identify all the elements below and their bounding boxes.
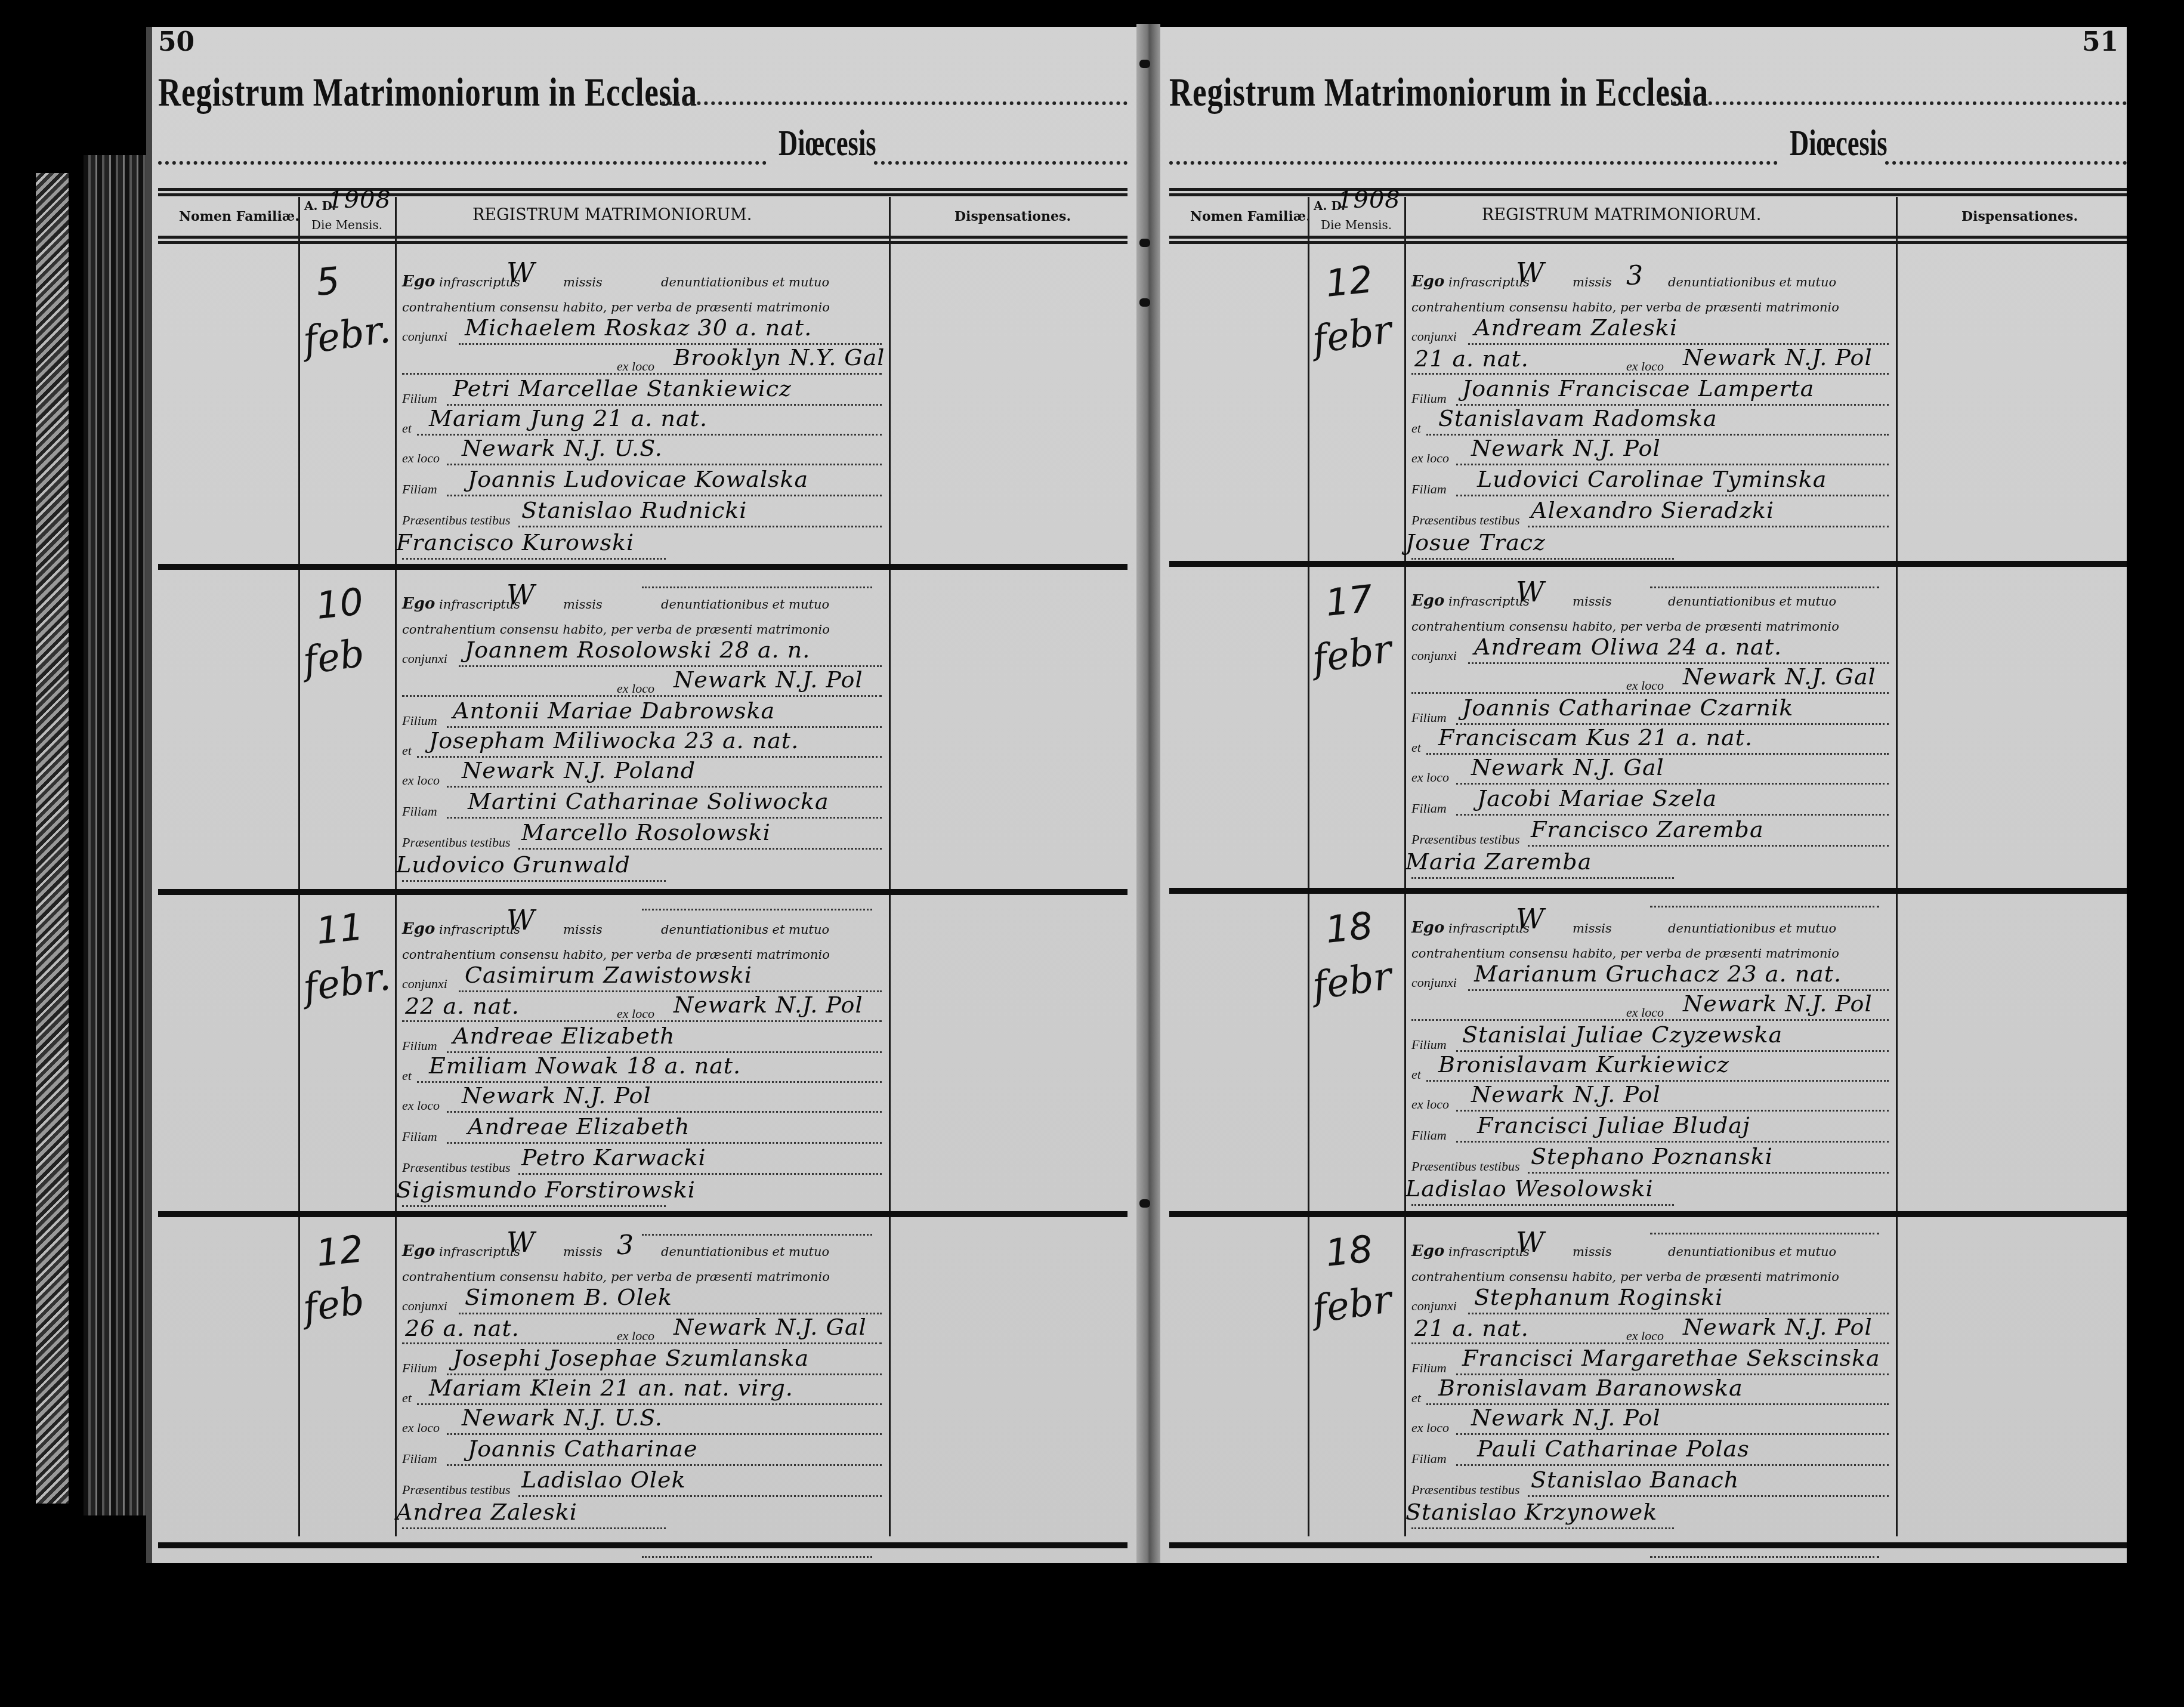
groom-age: 21 a. nat.	[1414, 345, 1529, 372]
priest-initial: W	[506, 257, 535, 289]
label-filium: Filium	[402, 1038, 437, 1054]
col-registrum: REGISTRUM MATRIMONIORUM.	[1482, 206, 1761, 224]
witness-2: Ludovico Grunwald	[396, 851, 631, 878]
stitch-mark	[1139, 298, 1150, 307]
entry-day: 12	[1323, 257, 1374, 305]
bride-name: Emiliam Nowak 18 a. nat.	[429, 1052, 741, 1079]
label-praesentibus-testibus: Præsentibus testibus	[402, 1160, 511, 1175]
form-line2: contrahentium consensu habito, per verba…	[1411, 300, 1839, 314]
form-line2: contrahentium consensu habito, per verba…	[1411, 619, 1839, 634]
groom-parents: Petri Marcellae Stankiewicz	[453, 375, 792, 402]
line-rule	[518, 1495, 882, 1497]
groom-name: Joannem Rosolowski 28 a. n.	[465, 637, 810, 663]
line-rule	[402, 880, 666, 882]
entry-month: feb	[300, 631, 367, 684]
year-handwritten: 1908	[328, 186, 391, 214]
label-et: et	[402, 1390, 412, 1406]
form-denuntiationibus: denuntiationibus et mutuo	[1668, 1245, 1836, 1259]
witness-2: Ladislao Wesolowski	[1405, 1175, 1654, 1202]
diocese-blank	[1885, 161, 2127, 165]
witness-2: Francisco Kurowski	[396, 529, 634, 555]
line-rule	[402, 558, 666, 560]
col-die-mensis: Die Mensis.	[311, 218, 382, 232]
groom-origin: Newark N.J. Pol	[1683, 344, 1873, 371]
label-filiam: Filiam	[1411, 481, 1447, 497]
bride-parents: Jacobi Mariae Szela	[1477, 785, 1717, 811]
groom-parents: Antonii Mariae Dabrowska	[453, 697, 775, 724]
bride-origin: Newark N.J. Pol	[462, 1082, 651, 1109]
witness-2: Andrea Zaleski	[396, 1499, 577, 1525]
label-conjunxi: conjunxi	[1411, 975, 1457, 990]
row-separator	[158, 889, 1127, 895]
groom-parents: Francisci Margarethae Sekscinska	[1462, 1345, 1880, 1371]
label-filium: Filium	[1411, 710, 1447, 726]
form-missis: missis	[1573, 921, 1612, 936]
line-rule	[1456, 783, 1889, 785]
signature-rule	[1650, 1556, 1879, 1558]
witness-1: Stephano Poznanski	[1531, 1143, 1773, 1169]
stitch-mark	[1139, 60, 1150, 68]
entry-month: feb	[300, 1279, 367, 1331]
header-rule	[158, 236, 1127, 244]
label-filium: Filium	[1411, 1037, 1447, 1052]
form-missis: missis	[1573, 1245, 1612, 1259]
bride-name: Mariam Klein 21 an. nat. virg.	[429, 1375, 793, 1401]
bride-name: Bronislavam Kurkiewicz	[1438, 1051, 1729, 1078]
label-et: et	[402, 421, 412, 436]
diocese-blank	[1169, 161, 1778, 165]
label-ex-loco: ex loco	[402, 773, 440, 788]
bride-parents: Joannis Ludovicae Kowalska	[468, 466, 808, 492]
form-ego: Ego	[402, 920, 435, 938]
label-filiam: Filiam	[402, 804, 437, 819]
register-title: Registrum Matrimoniorum in Ecclesia	[158, 69, 697, 116]
register-title: Registrum Matrimoniorum in Ecclesia	[1169, 69, 1709, 116]
label-ex-loco: ex loco	[1411, 1420, 1449, 1436]
groom-name: Simonem B. Olek	[465, 1284, 672, 1310]
groom-age: 21 a. nat.	[1414, 1315, 1529, 1341]
form-missis: missis	[563, 597, 603, 612]
line-rule	[402, 1205, 666, 1207]
label-filiam: Filiam	[1411, 1128, 1447, 1143]
groom-origin: Newark N.J. Pol	[1683, 1314, 1873, 1340]
line-rule	[447, 495, 882, 496]
label-et: et	[1411, 1390, 1421, 1406]
line-rule	[1411, 1204, 1674, 1206]
bride-name: Mariam Jung 21 a. nat.	[429, 405, 708, 431]
witness-1: Petro Karwacki	[521, 1144, 706, 1171]
header-rule	[1169, 188, 2127, 196]
bride-parents: Francisci Juliae Bludaj	[1477, 1112, 1750, 1138]
witness-1: Francisco Zaremba	[1531, 816, 1764, 842]
column-divider	[1896, 197, 1898, 1536]
col-registrum: REGISTRUM MATRIMONIORUM.	[472, 206, 752, 224]
form-line2: contrahentium consensu habito, per verba…	[402, 622, 830, 637]
priest-initial: W	[1516, 257, 1544, 289]
banns-count: 3	[617, 1230, 634, 1261]
line-rule	[518, 1173, 882, 1175]
line-rule	[1456, 495, 1889, 496]
bride-name: Josepham Miliwocka 23 a. nat.	[429, 727, 799, 754]
label-et: et	[402, 743, 412, 758]
groom-origin: Newark N.J. Pol	[1683, 990, 1873, 1017]
signature-rule	[642, 909, 872, 910]
label-ex-loco: ex loco	[617, 1328, 654, 1344]
column-divider	[1308, 197, 1309, 1536]
label-et: et	[402, 1068, 412, 1084]
label-ex-loco: ex loco	[617, 359, 654, 374]
form-line2: contrahentium consensu habito, per verba…	[402, 947, 830, 962]
col-dispensationes: Dispensationes.	[1961, 209, 2078, 224]
entry-day: 11	[314, 905, 365, 953]
label-ex-loco: ex loco	[1626, 678, 1664, 693]
label-praesentibus-testibus: Præsentibus testibus	[1411, 1159, 1520, 1174]
line-rule	[1528, 845, 1889, 847]
groom-origin: Newark N.J. Gal	[1683, 663, 1876, 690]
line-rule	[447, 1142, 882, 1144]
label-conjunxi: conjunxi	[402, 976, 447, 992]
label-ex-loco: ex loco	[1411, 1097, 1449, 1112]
label-filium: Filium	[402, 713, 437, 729]
bride-parents: Andreae Elizabeth	[468, 1113, 690, 1140]
signature-rule	[1650, 1233, 1879, 1234]
bride-origin: Newark N.J. Pol	[1471, 1405, 1661, 1431]
row-separator	[158, 564, 1127, 570]
form-missis: missis	[563, 275, 603, 289]
witness-2: Stanislao Krzynowek	[1405, 1499, 1657, 1525]
bride-name: Stanislavam Radomska	[1438, 405, 1717, 431]
groom-name: Andream Oliwa 24 a. nat.	[1474, 634, 1782, 660]
bride-origin: Newark N.J. U.S.	[462, 435, 663, 461]
column-divider	[298, 197, 300, 1536]
form-denuntiationibus: denuntiationibus et mutuo	[1668, 921, 1836, 936]
entry-day: 18	[1323, 903, 1374, 952]
label-et: et	[1411, 1067, 1421, 1082]
groom-origin: Newark N.J. Pol	[674, 666, 863, 693]
label-filiam: Filiam	[402, 481, 437, 497]
priest-initial: W	[1516, 576, 1544, 608]
line-rule	[1456, 1433, 1889, 1435]
bride-name: Franciscam Kus 21 a. nat.	[1438, 724, 1753, 751]
label-conjunxi: conjunxi	[402, 329, 447, 344]
label-filium: Filium	[1411, 391, 1447, 406]
bride-origin: Newark N.J. Gal	[1471, 754, 1664, 780]
page-edges	[84, 155, 149, 1515]
form-missis: missis	[563, 1245, 603, 1259]
bride-origin: Newark N.J. U.S.	[462, 1405, 663, 1431]
priest-initial: W	[1516, 903, 1544, 935]
row-separator	[1169, 1542, 2127, 1548]
groom-parents: Joannis Franciscae Lamperta	[1462, 375, 1814, 402]
page-number: 50	[158, 27, 194, 57]
form-denuntiationibus: denuntiationibus et mutuo	[1668, 594, 1836, 609]
form-denuntiationibus: denuntiationibus et mutuo	[661, 922, 829, 937]
label-praesentibus-testibus: Præsentibus testibus	[1411, 513, 1520, 528]
form-missis: missis	[1573, 275, 1612, 289]
form-denuntiationibus: denuntiationibus et mutuo	[661, 275, 829, 289]
form-line2: contrahentium consensu habito, per verba…	[402, 300, 830, 314]
bride-parents: Joannis Catharinae	[468, 1436, 698, 1462]
entry-day: 12	[314, 1227, 365, 1275]
label-ex-loco: ex loco	[402, 1098, 440, 1113]
form-ego: Ego	[402, 273, 435, 291]
label-praesentibus-testibus: Præsentibus testibus	[1411, 1482, 1520, 1498]
parish-blank	[647, 101, 1127, 105]
groom-name: Michaelem Roskaz 30 a. nat.	[465, 314, 812, 341]
label-filium: Filium	[402, 391, 437, 406]
label-ex-loco: ex loco	[402, 1420, 440, 1436]
label-conjunxi: conjunxi	[402, 651, 447, 666]
line-rule	[1411, 558, 1674, 560]
line-rule	[1456, 1464, 1889, 1466]
label-ex-loco: ex loco	[617, 1006, 654, 1021]
label-filiam: Filiam	[402, 1451, 437, 1467]
label-praesentibus-testibus: Præsentibus testibus	[402, 835, 511, 850]
groom-origin: Newark N.J. Pol	[674, 992, 863, 1018]
form-line2: contrahentium consensu habito, per verba…	[402, 1270, 830, 1284]
col-nomen-familiae: Nomen Familiæ.	[179, 209, 299, 224]
year-handwritten: 1908	[1337, 186, 1401, 214]
col-dispensationes: Dispensationes.	[954, 209, 1071, 224]
row-separator	[1169, 888, 2127, 894]
form-ego: Ego	[1411, 919, 1444, 937]
label-filiam: Filiam	[1411, 1451, 1447, 1467]
stitch-mark	[1139, 239, 1150, 247]
groom-parents: Andreae Elizabeth	[453, 1023, 675, 1049]
col-nomen-familiae: Nomen Familiæ.	[1190, 209, 1311, 224]
groom-name: Andream Zaleski	[1474, 314, 1678, 341]
priest-initial: W	[506, 904, 535, 936]
diocese-label: Diœcesis	[779, 122, 876, 165]
form-line2: contrahentium consensu habito, per verba…	[1411, 946, 1839, 961]
line-rule	[1528, 1495, 1889, 1497]
bride-name: Bronislavam Baranowska	[1438, 1375, 1743, 1401]
form-ego: Ego	[1411, 592, 1444, 610]
parish-blank	[1658, 101, 2127, 105]
label-filiam: Filiam	[402, 1129, 437, 1144]
diocese-blank	[874, 161, 1127, 165]
form-missis: missis	[1573, 594, 1612, 609]
groom-age: 22 a. nat.	[405, 993, 520, 1019]
form-ego: Ego	[1411, 1242, 1444, 1260]
entry-day: 5	[314, 258, 342, 304]
line-rule	[447, 1111, 882, 1113]
diocese-blank	[158, 161, 767, 165]
label-et: et	[1411, 421, 1421, 436]
stitch-mark	[1139, 1199, 1150, 1208]
witness-2: Josue Tracz	[1405, 529, 1546, 555]
label-praesentibus-testibus: Præsentibus testibus	[402, 513, 511, 528]
row-separator	[1169, 1211, 2127, 1217]
page-number: 51	[2082, 27, 2118, 57]
label-et: et	[1411, 740, 1421, 755]
witness-1: Ladislao Olek	[521, 1467, 685, 1493]
label-ex-loco: ex loco	[617, 681, 654, 696]
form-denuntiationibus: denuntiationibus et mutuo	[661, 597, 829, 612]
label-praesentibus-testibus: Præsentibus testibus	[402, 1482, 511, 1498]
bride-origin: Newark N.J. Pol	[1471, 435, 1661, 461]
header-rule	[158, 188, 1127, 196]
entry-day: 17	[1323, 576, 1374, 625]
groom-origin: Newark N.J. Gal	[674, 1314, 867, 1340]
label-filium: Filium	[1411, 1360, 1447, 1376]
label-conjunxi: conjunxi	[1411, 1298, 1457, 1314]
col-die-mensis: Die Mensis.	[1321, 218, 1392, 232]
label-ex-loco: ex loco	[1411, 450, 1449, 466]
priest-initial: W	[506, 1226, 535, 1258]
line-rule	[447, 786, 882, 788]
line-rule	[518, 848, 882, 850]
signature-rule	[642, 587, 872, 588]
label-conjunxi: conjunxi	[402, 1298, 447, 1314]
label-ex-loco: ex loco	[402, 450, 440, 466]
witness-2: Maria Zaremba	[1405, 848, 1592, 875]
form-denuntiationibus: denuntiationibus et mutuo	[1668, 275, 1836, 289]
form-denuntiationibus: denuntiationibus et mutuo	[661, 1245, 829, 1259]
label-praesentibus-testibus: Præsentibus testibus	[1411, 832, 1520, 847]
header-rule	[1169, 236, 2127, 244]
line-rule	[447, 464, 882, 465]
witness-1: Stanislao Rudnicki	[521, 497, 747, 523]
form-line2: contrahentium consensu habito, per verba…	[1411, 1270, 1839, 1284]
line-rule	[447, 1433, 882, 1435]
line-rule	[1411, 877, 1674, 879]
groom-age: 26 a. nat.	[405, 1315, 520, 1341]
column-divider	[889, 197, 891, 1536]
bride-parents: Ludovici Carolinae Tyminska	[1477, 466, 1827, 492]
line-rule	[447, 817, 882, 819]
line-rule	[1411, 1527, 1674, 1529]
book-spine	[1136, 24, 1160, 1563]
witness-1: Alexandro Sieradzki	[1531, 497, 1774, 523]
label-filium: Filium	[402, 1360, 437, 1376]
label-ex-loco: ex loco	[1411, 770, 1449, 785]
marbled-edge	[36, 173, 69, 1504]
line-rule	[1528, 1172, 1889, 1174]
groom-parents: Josephi Josephae Szumlanska	[453, 1345, 809, 1371]
label-conjunxi: conjunxi	[1411, 329, 1457, 344]
bride-origin: Newark N.J. Poland	[462, 757, 696, 783]
row-separator	[158, 1542, 1127, 1548]
witness-1: Marcello Rosolowski	[521, 819, 771, 845]
bride-parents: Pauli Catharinae Polas	[1477, 1436, 1750, 1462]
groom-parents: Joannis Catharinae Czarnik	[1462, 694, 1793, 721]
label-ex-loco: ex loco	[1626, 1328, 1664, 1344]
row-separator	[1169, 561, 2127, 567]
signature-rule	[1650, 587, 1879, 588]
line-rule	[518, 526, 882, 527]
witness-2: Sigismundo Forstirowski	[396, 1177, 696, 1203]
line-rule	[1528, 526, 1889, 527]
label-ex-loco: ex loco	[1626, 1005, 1664, 1020]
form-ego: Ego	[402, 595, 435, 613]
groom-parents: Stanislai Juliae Czyzewska	[1462, 1021, 1783, 1048]
entry-day: 10	[314, 579, 365, 628]
row-separator	[158, 1211, 1127, 1217]
priest-initial: W	[506, 579, 535, 611]
line-rule	[402, 1527, 666, 1529]
banns-count: 3	[1626, 261, 1644, 291]
label-ex-loco: ex loco	[1626, 359, 1664, 374]
line-rule	[1456, 814, 1889, 816]
label-filiam: Filiam	[1411, 801, 1447, 816]
line-rule	[447, 1464, 882, 1466]
entry-day: 18	[1323, 1227, 1374, 1275]
line-rule	[1456, 1141, 1889, 1143]
line-rule	[1456, 1110, 1889, 1112]
witness-1: Stanislao Banach	[1531, 1467, 1739, 1493]
form-ego: Ego	[1411, 273, 1444, 291]
form-ego: Ego	[402, 1242, 435, 1260]
signature-rule	[642, 1556, 872, 1558]
signature-rule	[642, 1234, 872, 1236]
groom-origin: Brooklyn N.Y. Gal	[674, 344, 885, 371]
bride-parents: Martini Catharinae Soliwocka	[468, 788, 829, 814]
groom-name: Marianum Gruchacz 23 a. nat.	[1474, 961, 1842, 987]
form-missis: missis	[563, 922, 603, 937]
groom-name: Casimirum Zawistowski	[465, 962, 752, 988]
signature-rule	[1650, 906, 1879, 907]
line-rule	[1456, 464, 1889, 465]
diocese-label: Diœcesis	[1790, 122, 1888, 165]
bride-origin: Newark N.J. Pol	[1471, 1081, 1661, 1107]
groom-name: Stephanum Roginski	[1474, 1284, 1723, 1310]
label-conjunxi: conjunxi	[1411, 648, 1457, 663]
priest-initial: W	[1516, 1226, 1544, 1258]
